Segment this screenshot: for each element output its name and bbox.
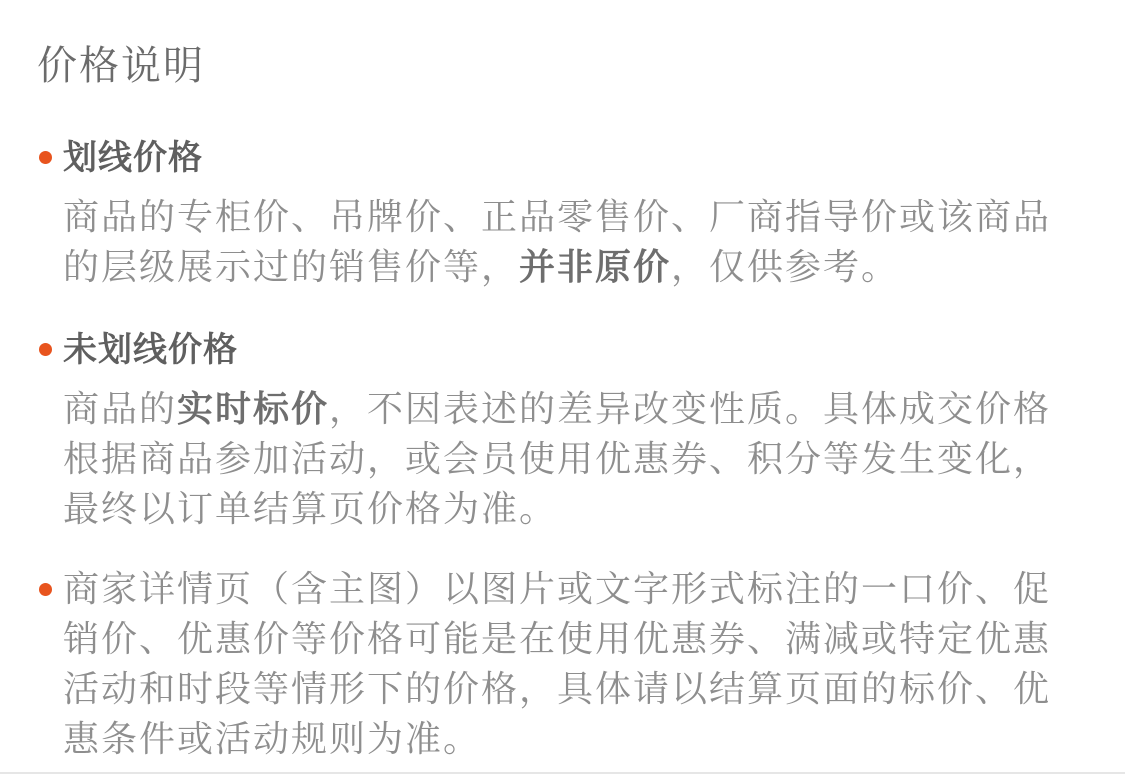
note-heading: 划线价格 [63,138,1088,178]
page-title: 价格说明 [37,40,1088,92]
bottom-divider [0,772,1125,774]
bullet-dot-icon [39,343,52,356]
note-paragraph: 商品的实时标价，不因表述的差异改变性质。具体成交价格根据商品参加活动，或会员使用… [63,384,1088,534]
price-explanation-panel: 价格说明 划线价格 商品的专柜价、吊牌价、正品零售价、厂商指导价或该商品的层级展… [0,0,1125,776]
list-item-merchant-detail-price: 商家详情页（含主图）以图片或文字形式标注的一口价、促销价、优惠价等价格可能是在使… [37,564,1088,764]
note-paragraph: 商品的专柜价、吊牌价、正品零售价、厂商指导价或该商品的层级展示过的销售价等，并非… [63,192,1088,292]
note-paragraph: 商家详情页（含主图）以图片或文字形式标注的一口价、促销价、优惠价等价格可能是在使… [63,564,1088,764]
list-item-unstrikethrough-price: 未划线价格 商品的实时标价，不因表述的差异改变性质。具体成交价格根据商品参加活动… [37,330,1088,534]
list-item-strikethrough-price: 划线价格 商品的专柜价、吊牌价、正品零售价、厂商指导价或该商品的层级展示过的销售… [37,138,1088,292]
bullet-dot-icon [39,583,52,596]
price-notes-list: 划线价格 商品的专柜价、吊牌价、正品零售价、厂商指导价或该商品的层级展示过的销售… [37,138,1088,764]
note-heading: 未划线价格 [63,330,1088,370]
bullet-dot-icon [39,151,52,164]
